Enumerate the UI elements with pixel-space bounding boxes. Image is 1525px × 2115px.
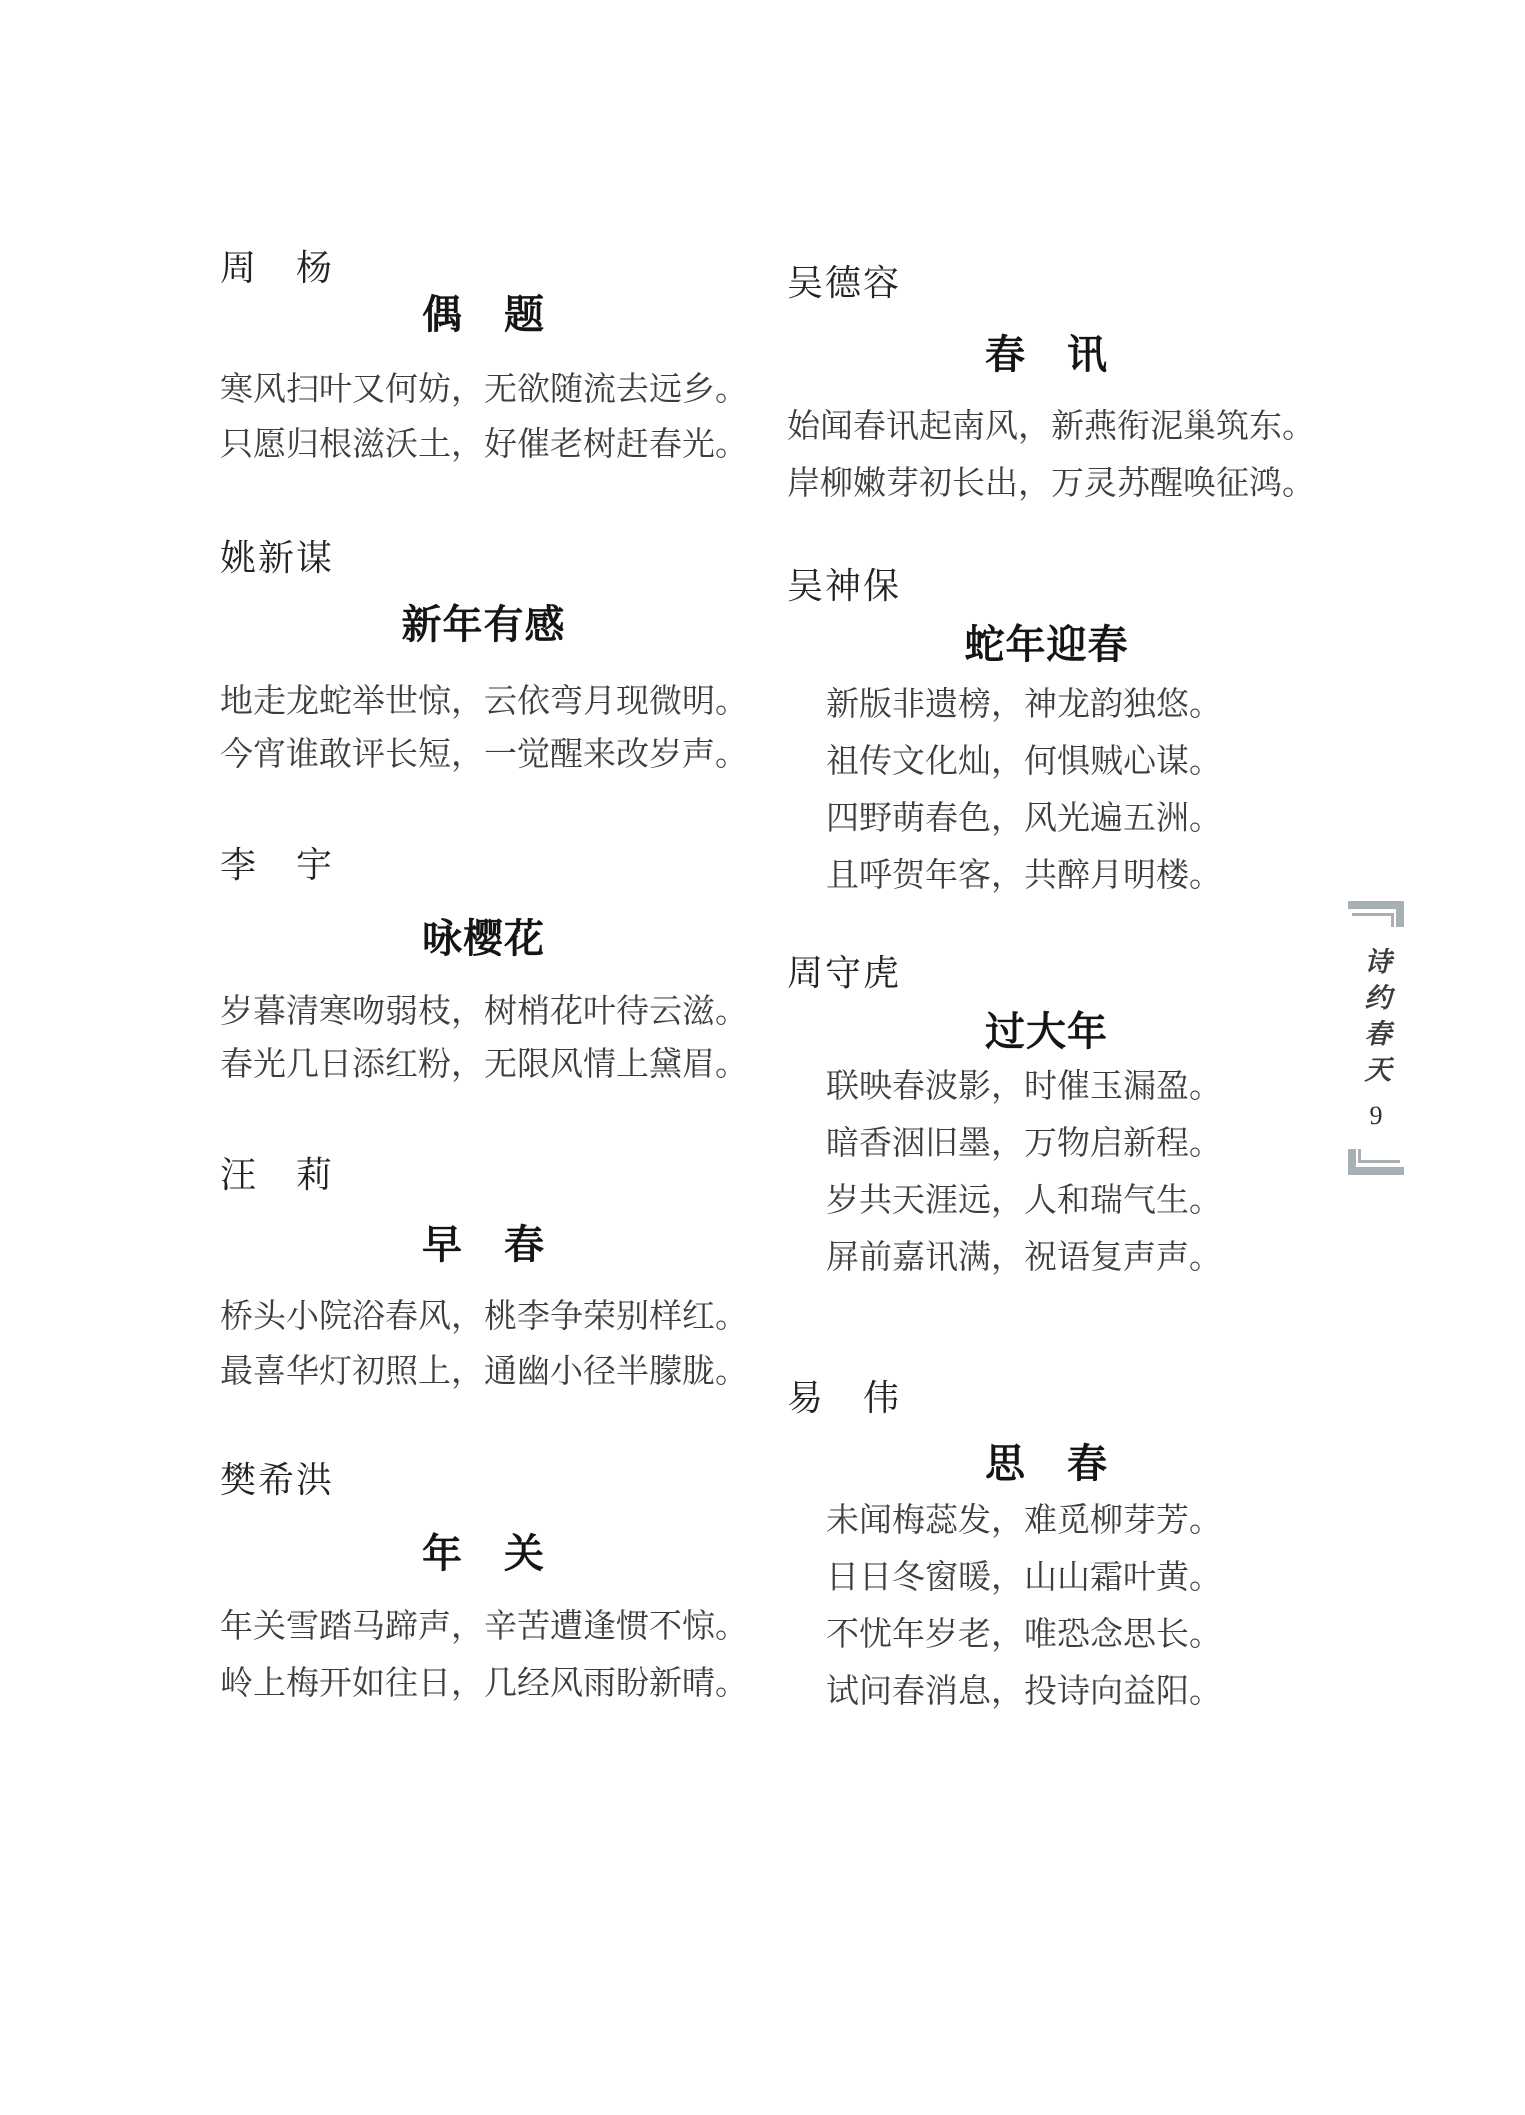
poem-title: 新年有感 — [220, 593, 747, 650]
poem-line: 试问春消息，投诗向益阳。 — [826, 1665, 1222, 1712]
poem-author: 吴神保 — [787, 558, 901, 609]
poem-title: 偶 题 — [220, 283, 747, 340]
poem-line: 屏前嘉讯满，祝语复声声。 — [826, 1231, 1222, 1278]
poem-line: 岁暮清寒吻弱枝，树梢花叶待云滋。 — [220, 985, 748, 1032]
poem-author: 易 伟 — [787, 1370, 901, 1421]
poem-line: 只愿归根滋沃土，好催老树赶春光。 — [220, 418, 748, 465]
bracket-ornament-top-icon — [1348, 901, 1404, 935]
poem-title: 春 讯 — [787, 323, 1306, 380]
poem-line: 且呼贺年客，共醉月明楼。 — [826, 849, 1222, 896]
page-number: 9 — [1370, 1101, 1383, 1131]
poem-line: 地走龙蛇举世惊，云依弯月现微明。 — [220, 675, 748, 722]
poem-line: 祖传文化灿，何惧贼心谋。 — [826, 735, 1222, 782]
poem-title: 过大年 — [787, 1000, 1306, 1057]
poem-title: 咏樱花 — [220, 907, 747, 964]
poem-line: 今宵谁敢评长短，一觉醒来改岁声。 — [220, 728, 748, 775]
poem-title: 年 关 — [220, 1522, 747, 1579]
poem-author: 汪 莉 — [220, 1147, 334, 1198]
poetry-page: 周 杨偶 题寒风扫叶又何妨，无欲随流去远乡。只愿归根滋沃土，好催老树赶春光。姚新… — [0, 0, 1525, 2115]
poem-line: 始闻春讯起南风，新燕衔泥巢筑东。 — [787, 400, 1315, 447]
poem-author: 姚新谋 — [220, 530, 334, 581]
poem-title: 蛇年迎春 — [787, 613, 1306, 670]
poem-line: 不忧年岁老，唯恐念思长。 — [826, 1608, 1222, 1655]
poem-line: 四野萌春色，风光遍五洲。 — [826, 792, 1222, 839]
poem-line: 岭上梅开如往日，几经风雨盼新晴。 — [220, 1657, 748, 1704]
poem-line: 岁共天涯远，人和瑞气生。 — [826, 1174, 1222, 1221]
poem-line: 日日冬窗暖，山山霜叶黄。 — [826, 1551, 1222, 1598]
poem-title: 早 春 — [220, 1213, 747, 1270]
poem-line: 春光几日添红粉，无限风情上黛眉。 — [220, 1038, 748, 1085]
poem-line: 未闻梅蕊发，难觅柳芽芳。 — [826, 1494, 1222, 1541]
poem-line: 联映春波影，时催玉漏盈。 — [826, 1060, 1222, 1107]
poem-line: 最喜华灯初照上，通幽小径半朦胧。 — [220, 1345, 748, 1392]
page-edge-marker: 诗约春天 9 — [1341, 901, 1411, 1175]
poem-author: 吴德容 — [787, 255, 901, 306]
booklet-vertical-title: 诗约春天 — [1357, 947, 1396, 1091]
poem-line: 年关雪踏马蹄声，辛苦遭逢惯不惊。 — [220, 1600, 748, 1647]
poem-line: 岸柳嫩芽初长出，万灵苏醒唤征鸿。 — [787, 457, 1315, 504]
poem-author: 周守虎 — [787, 945, 901, 996]
poem-line: 桥头小院浴春风，桃李争荣别样红。 — [220, 1290, 748, 1337]
poem-title: 思 春 — [787, 1432, 1306, 1489]
poem-line: 暗香洇旧墨，万物启新程。 — [826, 1117, 1222, 1164]
poem-author: 樊希洪 — [220, 1452, 334, 1503]
poem-author: 李 宇 — [220, 837, 334, 888]
bracket-ornament-bottom-icon — [1348, 1141, 1404, 1175]
poem-line: 寒风扫叶又何妨，无欲随流去远乡。 — [220, 363, 748, 410]
poem-line: 新版非遗榜，神龙韵独悠。 — [826, 678, 1222, 725]
